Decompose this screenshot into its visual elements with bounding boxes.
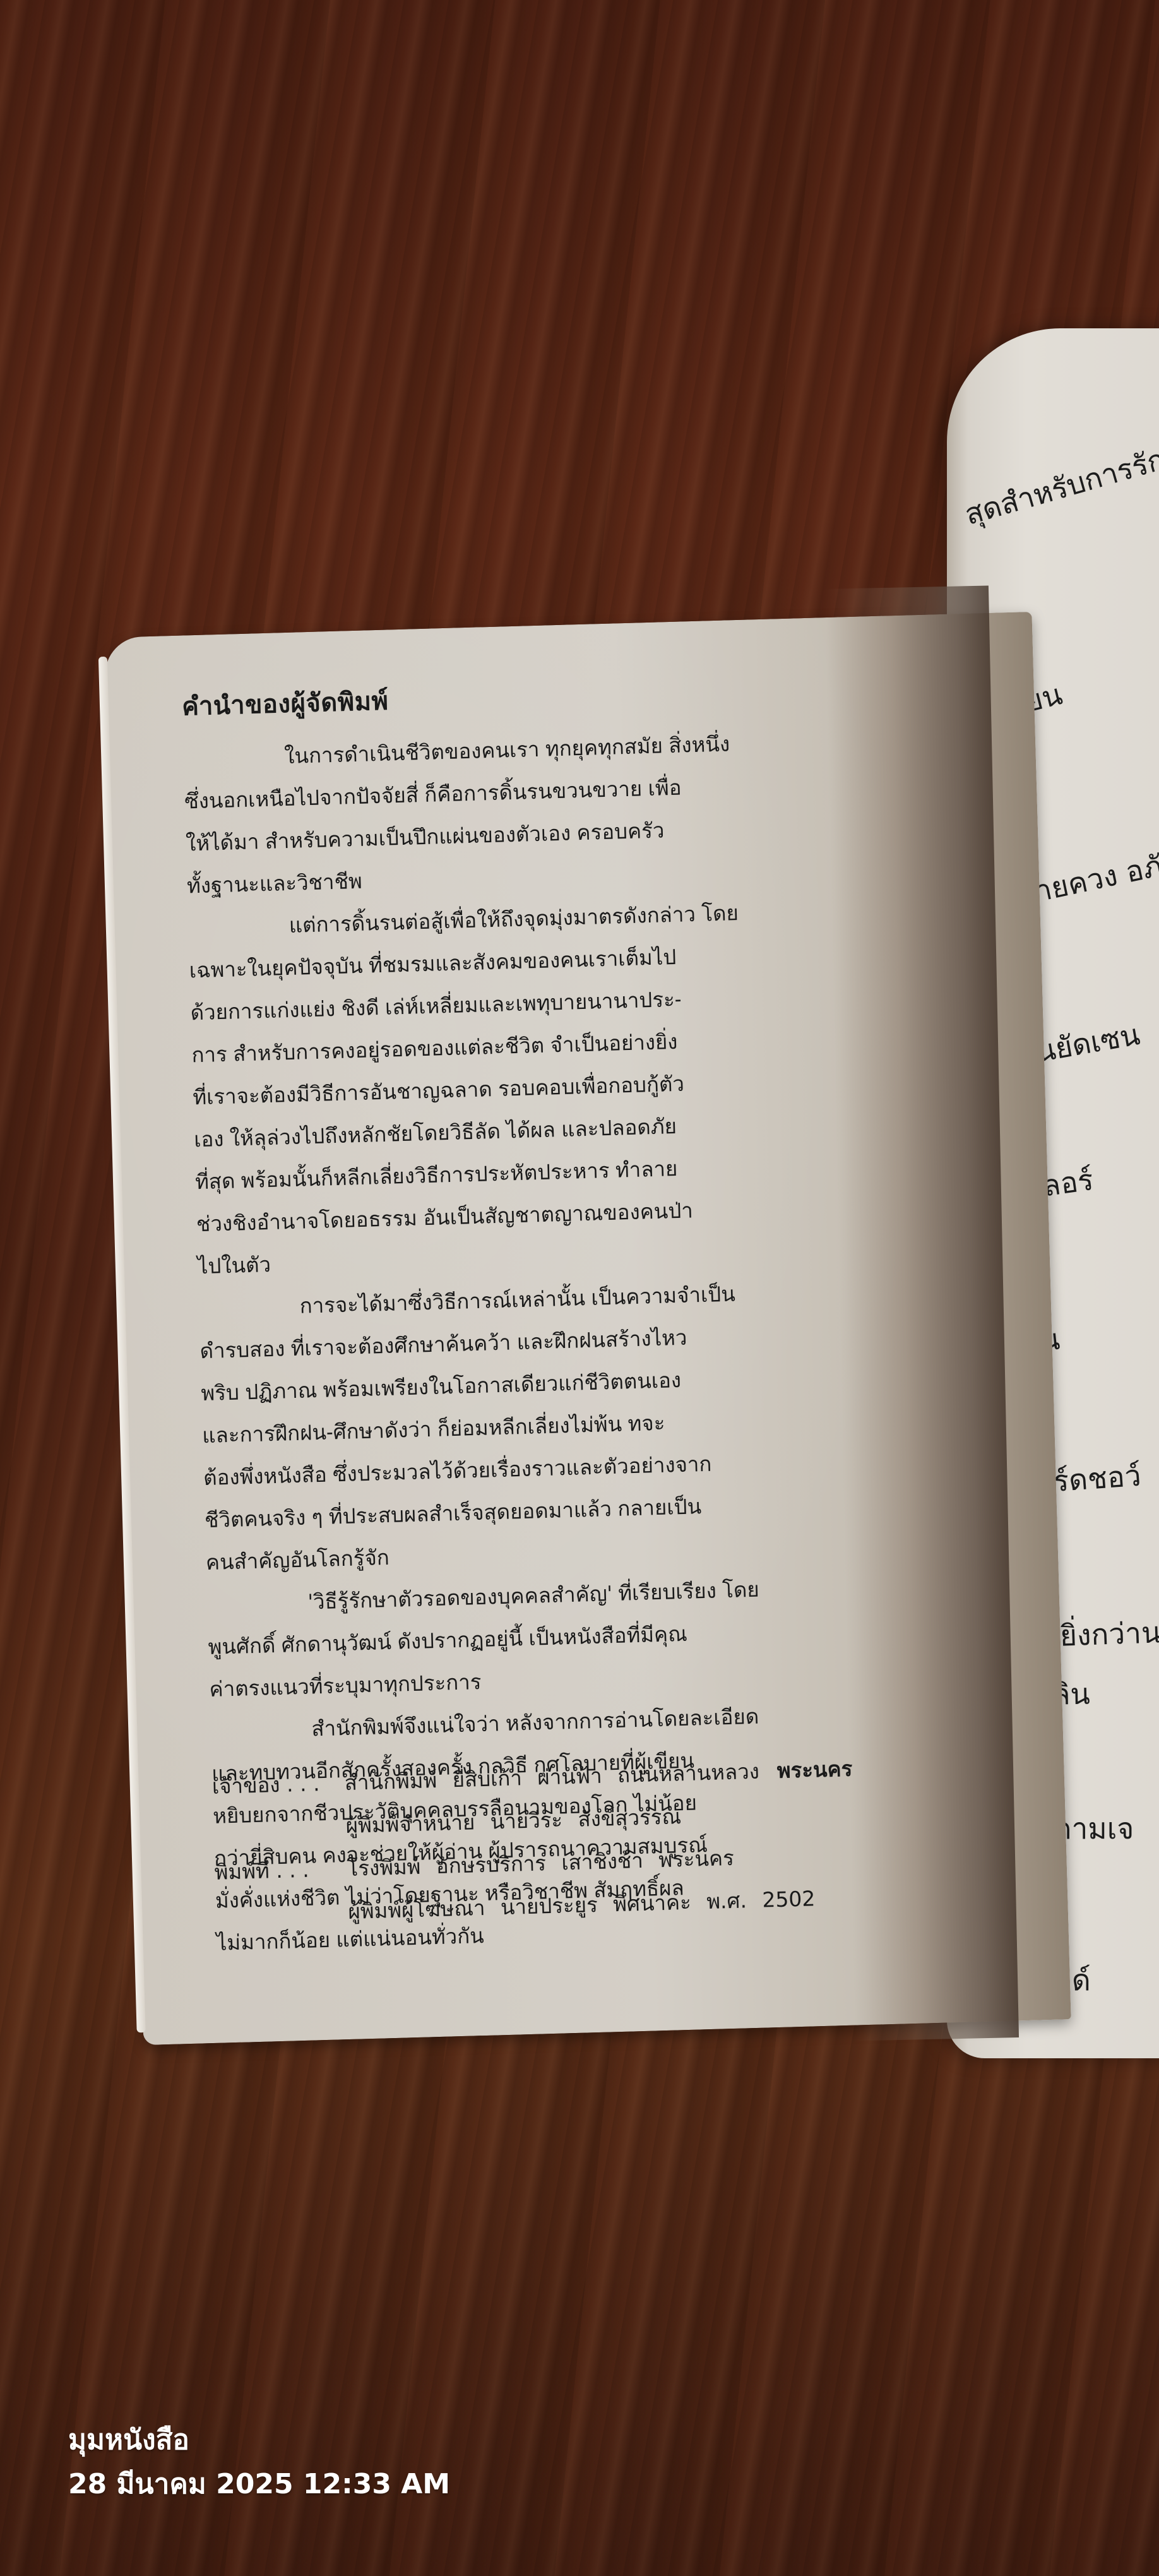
left-page: คำนำของผู้จัดพิมพ์ ในการดำเนินชีวิตของคน… (104, 612, 1071, 2045)
watermark-title: มุมหนังสือ (68, 2418, 450, 2462)
photo-watermark: มุมหนังสือ 28 มีนาคม 2025 12:33 AM (68, 2418, 450, 2507)
colophon: เจ้าของ . . . สำนักพิมพ์ ยี่สิบเก้า ผ่าน… (211, 1746, 910, 1937)
paragraph: การจะได้มาซึ่งวิธีการณ์เหล่านั้น เป็นควา… (198, 1268, 882, 1583)
paragraph: 'วิธีรู้รักษาตัวรอดของบุคคลสำคัญ' ที่เรี… (206, 1565, 885, 1710)
owner-label: เจ้าของ . . . (211, 1762, 345, 1808)
right-page-line: สุดสำหรับการรักษาตัว (960, 417, 1159, 537)
page-title: คำนำของผู้จัดพิมพ์ (181, 667, 857, 727)
paragraph: ในการดำเนินชีวิตของคนเรา ทุกยุคทุกสมัย ส… (182, 719, 862, 907)
owner-city: พระนคร (776, 1748, 853, 1792)
watermark-datetime: 28 มีนาคม 2025 12:33 AM (68, 2462, 450, 2507)
paragraph: แต่การดิ้นรนต่อสู้เพื่อให้ถึงจุดมุ่งมาตร… (187, 888, 873, 1288)
photo-scene: สุดสำหรับการรักษาตัว โปเลียน ของนายควง อ… (0, 0, 1159, 2576)
printer-label: พิมพ์ที่ . . . (214, 1847, 348, 1894)
